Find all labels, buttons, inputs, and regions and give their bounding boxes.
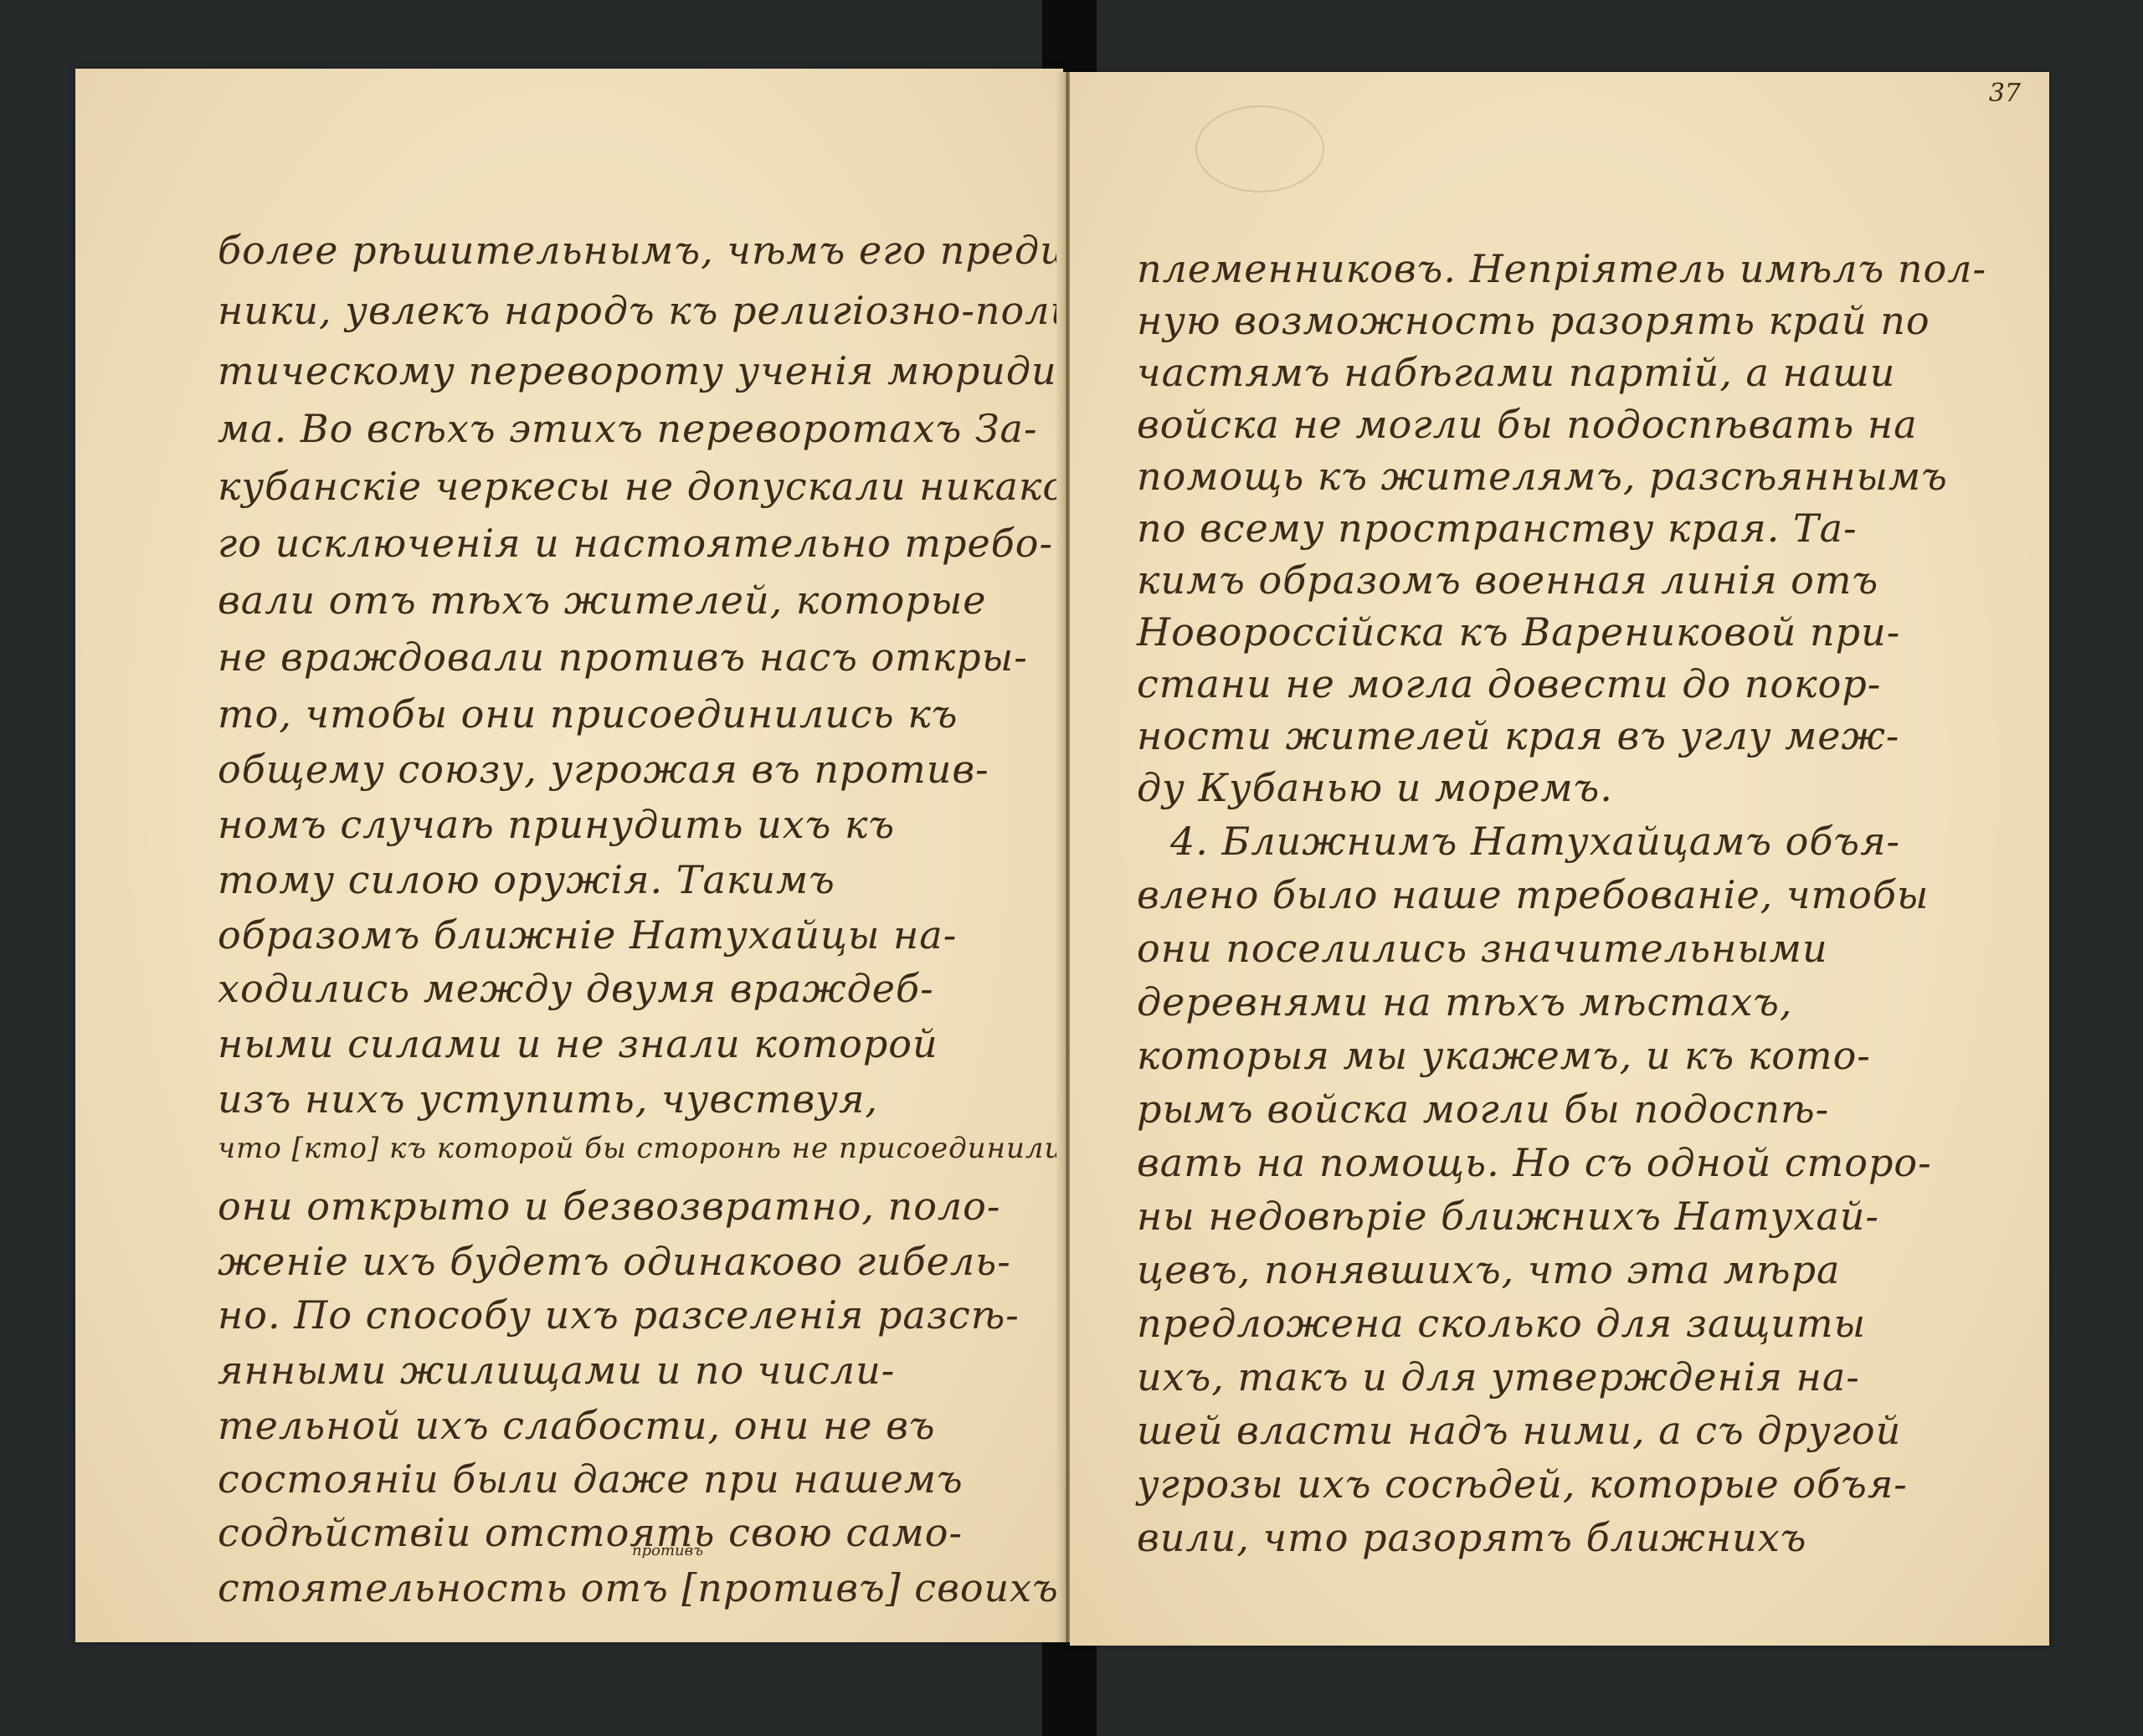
right-line-16: которыя мы укажемъ, и къ кото-: [1137, 1033, 1871, 1078]
left-page: более рѣшительнымъ, чѣмъ его предшествен…: [75, 69, 1063, 1642]
left-line-12: тому силою оружія. Такимъ: [218, 857, 835, 902]
right-line-4: войска не могли бы подоспѣвать на: [1137, 402, 1918, 447]
right-page: 37 племенниковъ. Непріятель имѣлъ пол- н…: [1070, 72, 2049, 1646]
left-line-4: ма. Во всѣхъ этихъ переворотахъ За-: [218, 406, 1038, 451]
left-line-18: они открыто и безвозвратно, поло-: [218, 1184, 1000, 1229]
right-line-2: ную возможность разорять край по: [1137, 298, 1930, 343]
right-line-25: вили, что разорятъ ближнихъ: [1137, 1515, 1806, 1560]
left-line-16: изъ нихъ уступить, чувствуя,: [218, 1076, 878, 1122]
right-line-13: влено было наше требованіе, чтобы: [1137, 872, 1929, 917]
right-line-11: ду Кубанью и моремъ.: [1137, 765, 1613, 810]
right-line-8: Новороссійска къ Варениковой при-: [1137, 609, 1900, 655]
right-line-12-paragraph-start: 4. Ближнимъ Натухайцамъ объя-: [1170, 819, 1900, 864]
left-line-8: не враждовали противъ насъ откры-: [218, 634, 1028, 680]
right-line-22: ихъ, такъ и для утвержденія на-: [1137, 1354, 1860, 1400]
right-line-3: частямъ набѣгами партій, а наши: [1137, 350, 1895, 395]
right-line-9: стани не могла довести до покор-: [1137, 661, 1881, 706]
left-line-14: ходились между двумя враждеб-: [218, 966, 934, 1011]
interlinear-insertion: противъ: [632, 1542, 703, 1559]
right-line-21: предложена сколько для защиты: [1137, 1301, 1866, 1346]
left-line-11: номъ случаѣ принудить ихъ къ: [218, 802, 895, 847]
left-line-10: общему союзу, угрожая въ против-: [218, 747, 989, 792]
right-line-1: племенниковъ. Непріятель имѣлъ пол-: [1137, 246, 1986, 291]
page-number: 37: [1989, 79, 2021, 108]
left-line-9: то, чтобы они присоединились къ: [218, 691, 958, 737]
right-line-19: ны недовѣріе ближнихъ Натухай-: [1137, 1194, 1879, 1239]
left-line-3: тическому перевороту ученія мюридиз-: [218, 348, 1092, 393]
left-line-2: ники, увлекъ народъ къ религіозно-поли-: [218, 288, 1090, 333]
left-line-20: но. По способу ихъ разселенія разсѣ-: [218, 1292, 1020, 1338]
right-line-14: они поселились значительными: [1137, 926, 1828, 971]
left-line-17-with-strikethrough: что [кто] къ которой бы сторонѣ не присо…: [218, 1132, 1097, 1165]
left-line-22: тельной ихъ слабости, они не въ: [218, 1403, 936, 1448]
left-line-23: состояніи были даже при нашемъ: [218, 1456, 964, 1502]
right-line-7: кимъ образомъ военная линія отъ: [1137, 557, 1878, 603]
right-line-10: ности жителей края въ углу меж-: [1137, 713, 1899, 758]
left-line-13: образомъ ближніе Натухайцы на-: [218, 912, 957, 958]
left-line-6: го исключенія и настоятельно требо-: [218, 521, 1053, 566]
left-line-21: янными жилищами и по числи-: [218, 1348, 895, 1393]
left-line-7: вали отъ тѣхъ жителей, которые: [218, 578, 987, 623]
right-line-20: цевъ, понявшихъ, что эта мѣра: [1137, 1247, 1840, 1292]
right-line-15: деревнями на тѣхъ мѣстахъ,: [1137, 979, 1793, 1025]
right-line-5: помощь къ жителямъ, разсѣяннымъ: [1137, 454, 1948, 499]
left-line-5: кубанскіе черкесы не допускали никако-: [218, 464, 1081, 509]
left-line-24: содѣйствіи отстоять свою само-: [218, 1510, 963, 1555]
right-line-24: угрозы ихъ сосѣдей, которые объя-: [1137, 1461, 1908, 1507]
embossed-stamp-icon: [1195, 105, 1324, 193]
left-line-15: ными силами и не знали которой: [218, 1021, 938, 1066]
left-line-19: женіе ихъ будетъ одинаково гибель-: [218, 1239, 1011, 1284]
right-line-17: рымъ войска могли бы подоспѣ-: [1137, 1086, 1829, 1132]
right-line-6: по всему пространству края. Та-: [1137, 506, 1858, 551]
right-line-23: шей власти надъ ними, а съ другой: [1137, 1408, 1901, 1453]
right-line-18: вать на помощь. Но съ одной сторо-: [1137, 1140, 1932, 1185]
